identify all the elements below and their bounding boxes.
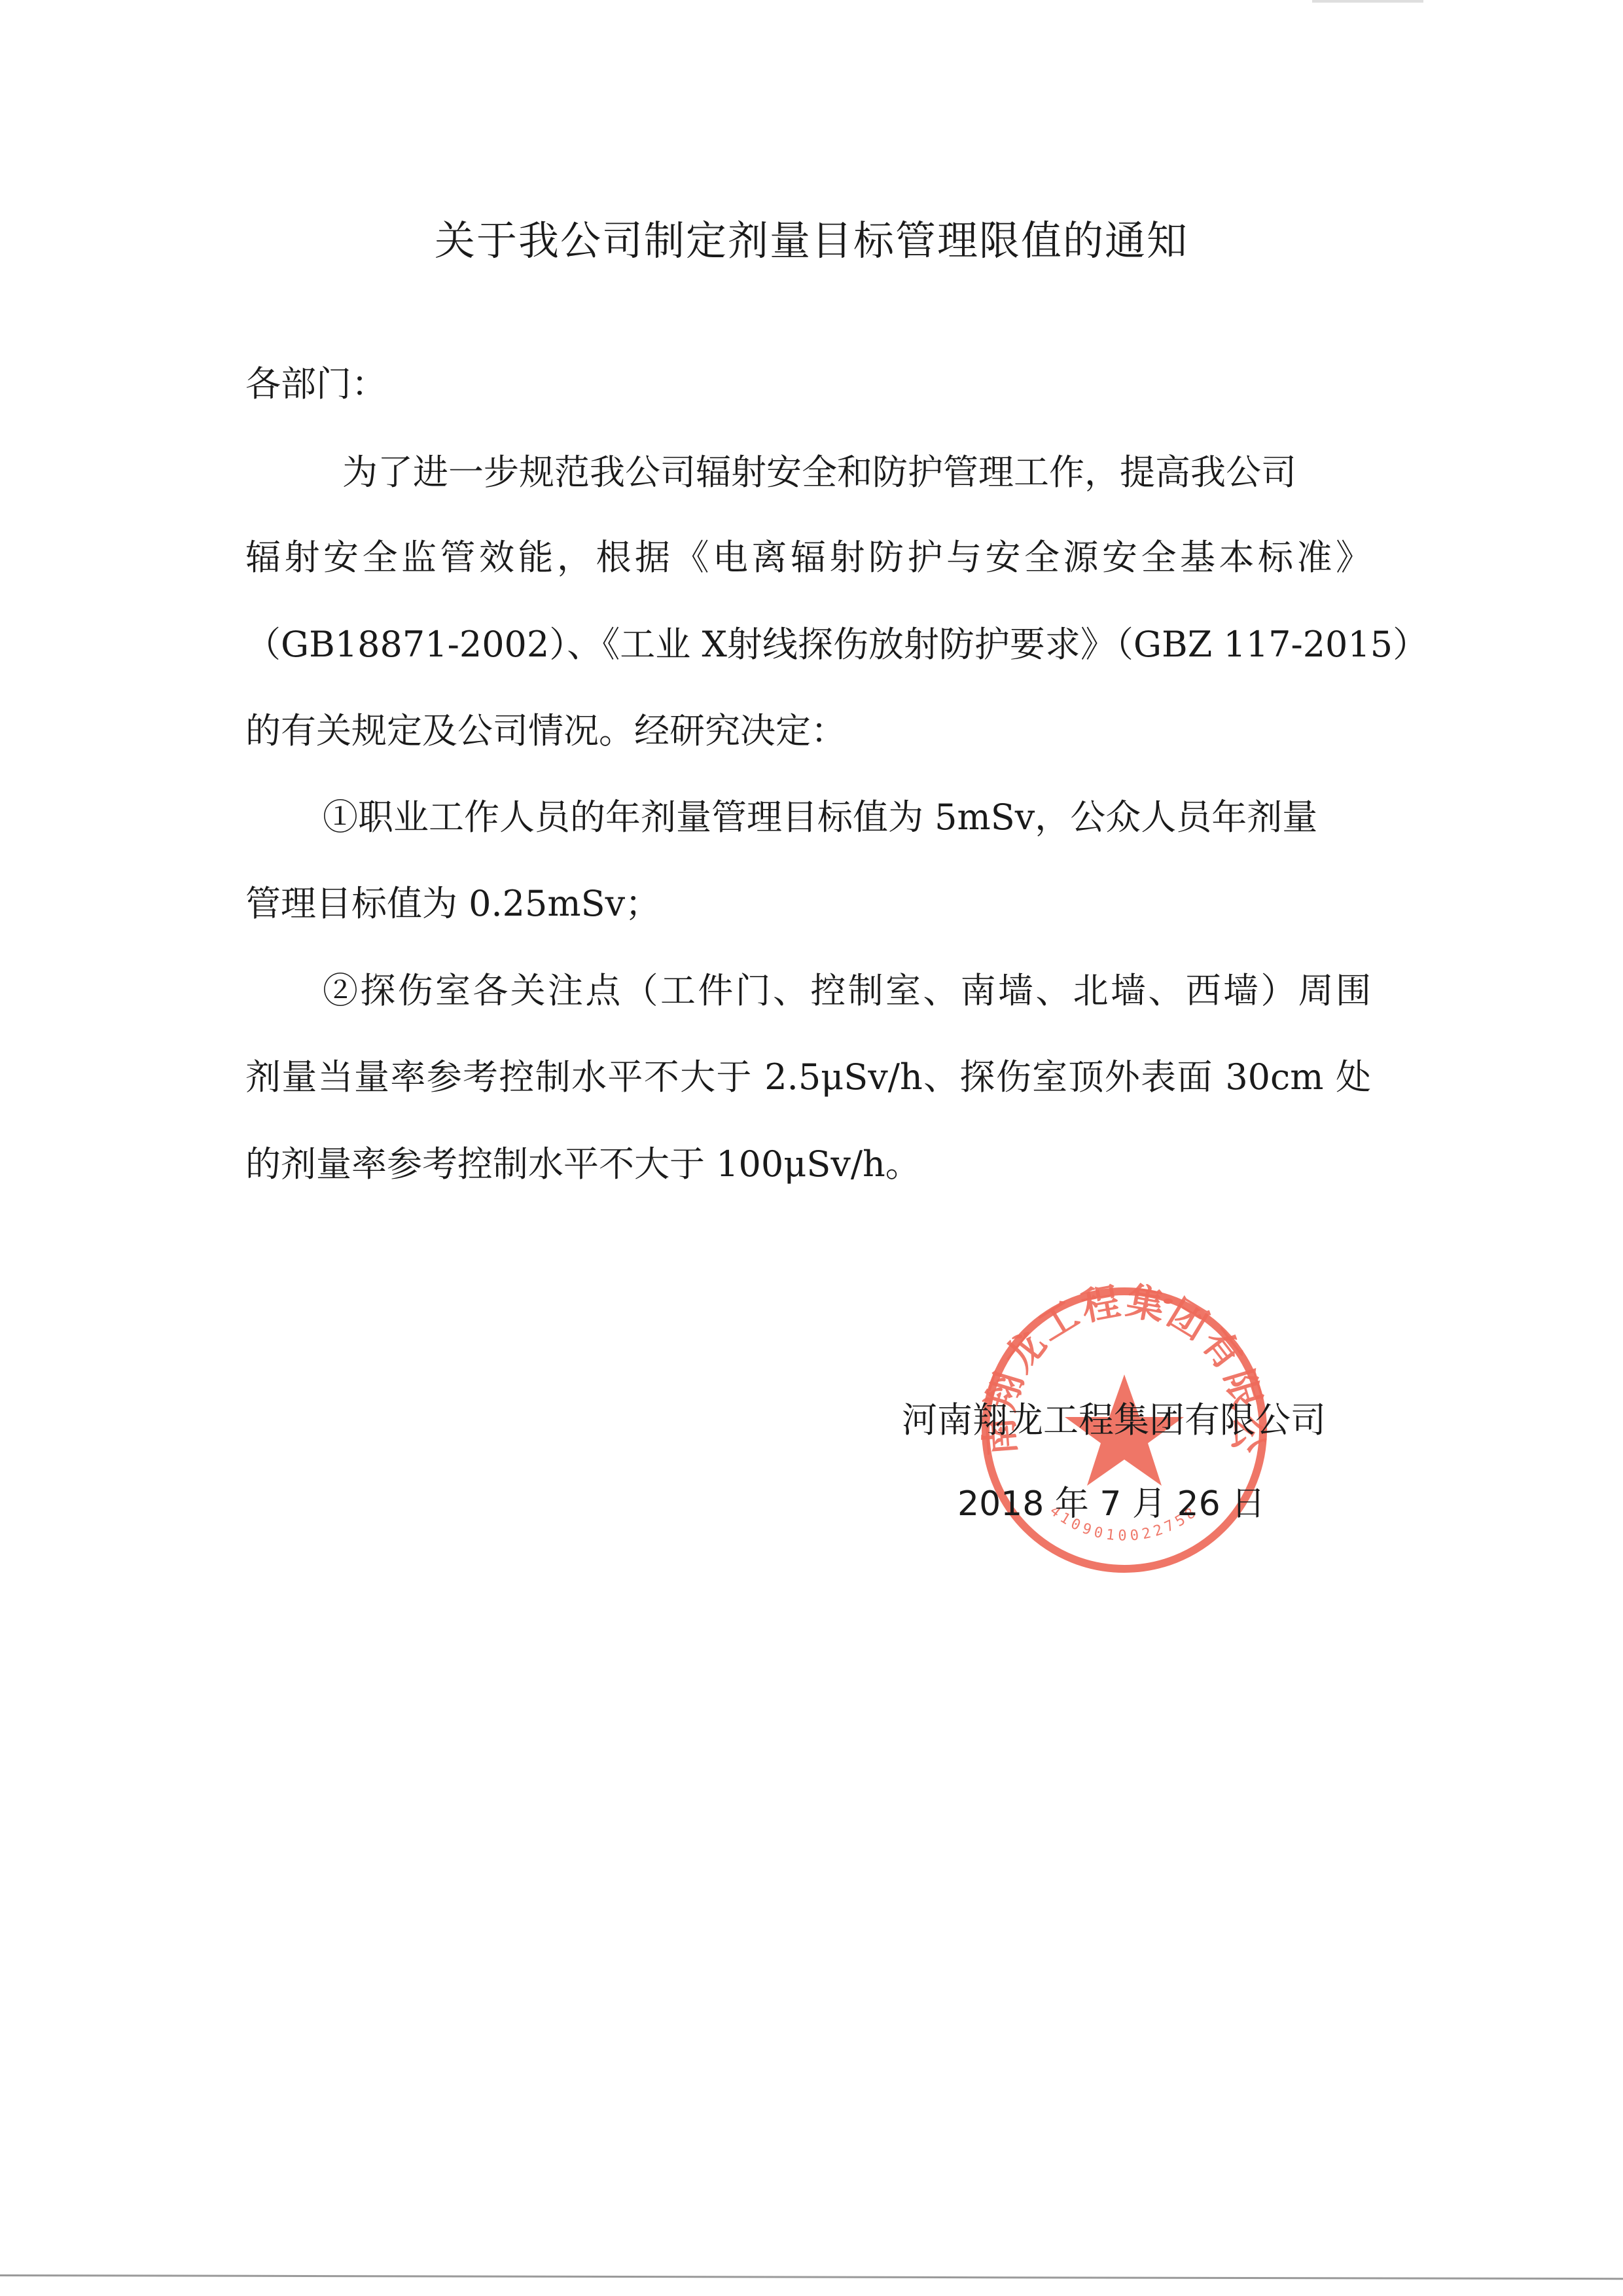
item-1-line-1: ①职业工作人员的年剂量管理目标值为 5mSv，公众人员年剂量 [323,800,1371,835]
item-2-line-1: ②探伤室各关注点（工件门、控制室、南墙、北墙、西墙）周围 [323,973,1371,1009]
signature-date: 2018 年 7 月 26 日 [957,1487,1265,1521]
paragraph-1-line-4: 的有关规定及公司情况。经研究决定： [245,713,1371,749]
item-2-line-3: 的剂量率参考控制水平不大于 100μSv/h。 [245,1147,1371,1182]
salutation: 各部门： [245,367,1371,402]
document-page: 关于我公司制定剂量目标管理限值的通知 各部门： 为了进一步规范我公司辐射安全和防… [0,0,1623,2296]
paragraph-1-line-1: 为了进一步规范我公司辐射安全和防护管理工作，提高我公司 [342,455,1371,490]
seal-ink-dot [1164,1299,1173,1304]
paragraph-1-line-3: （GB18871-2002）、《工业 X射线探伤放射防护要求》（GBZ 117-… [245,627,1371,662]
scan-artifact-top [1312,0,1423,3]
scan-edge-bottom [0,2274,1623,2280]
signature-company: 河南翔龙工程集团有限公司 [902,1403,1326,1438]
item-1-line-2: 管理目标值为 0.25mSv； [245,886,1371,922]
paragraph-1-line-2: 辐射安全监管效能，根据《电离辐射防护与安全源安全基本标准》 [245,540,1371,575]
document-title: 关于我公司制定剂量目标管理限值的通知 [0,208,1623,266]
item-2-line-2: 剂量当量率参考控制水平不大于 2.5μSv/h、探伤室顶外表面 30cm 处 [245,1060,1371,1095]
